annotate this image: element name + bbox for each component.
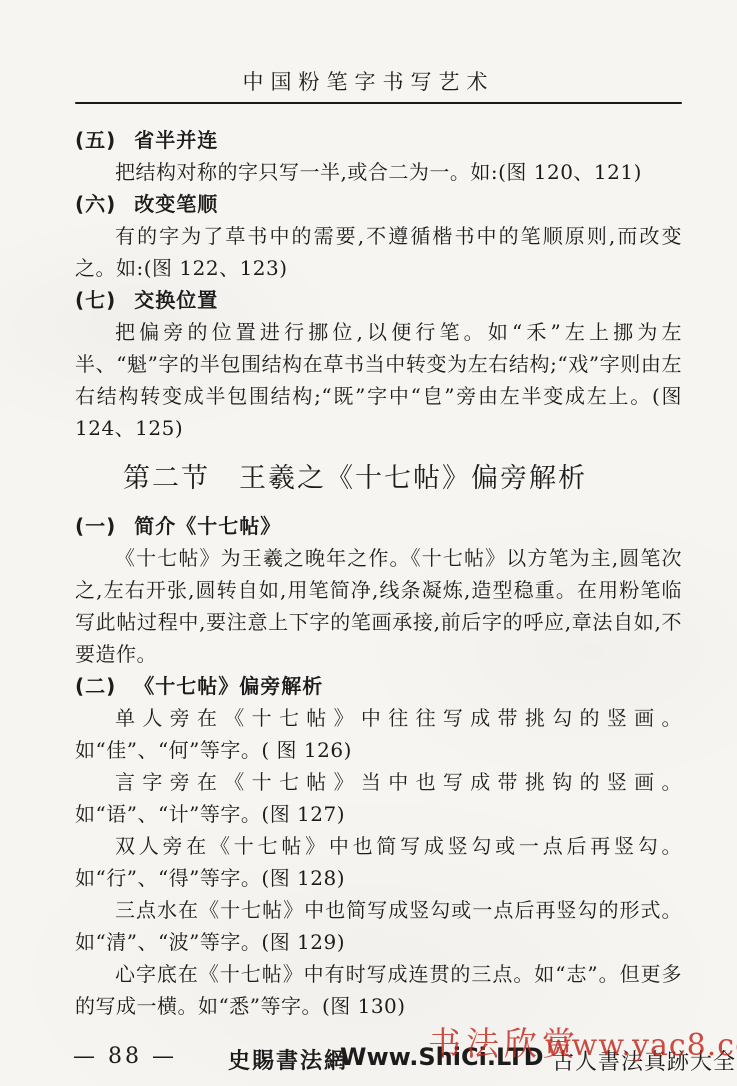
subheading-number: (七) bbox=[75, 288, 116, 312]
footer-site-url: Www.ShiCi.LTD bbox=[340, 1043, 544, 1071]
header-rule bbox=[75, 102, 682, 104]
page-content: (五)省半并连把结构对称的字只写一半,或合二为一。如:(图 120、121)(六… bbox=[75, 124, 682, 1022]
paragraph: 把结构对称的字只写一半,或合二为一。如:(图 120、121) bbox=[75, 156, 682, 188]
paragraph: 三点水在《十七帖》中也简写成竖勾或一点后再竖勾的形式。如“清”、“波”等字。(图… bbox=[75, 894, 682, 958]
subheading-number: (一) bbox=[75, 514, 116, 538]
page-number: — 88 — bbox=[73, 1044, 177, 1069]
section-title: 第二节 王羲之《十七帖》偏旁解析 bbox=[75, 459, 682, 499]
page-footer: — 88 — 史賜書法網 Www.ShiCi.LTD 古人書法真跡大全 bbox=[0, 1042, 737, 1082]
paragraph: 把偏旁的位置进行挪位,以便行笔。如“禾”左上挪为左半、“魁”字的半包围结构在草书… bbox=[75, 316, 682, 444]
subheading: (七)交换位置 bbox=[75, 284, 682, 316]
subheading-title: 省半并连 bbox=[134, 128, 218, 152]
subheading-title: 交换位置 bbox=[134, 288, 218, 312]
footer-tagline: 古人書法真跡大全 bbox=[552, 1045, 736, 1076]
subheading-number: (六) bbox=[75, 192, 116, 216]
subheading: (一)简介《十七帖》 bbox=[75, 510, 682, 542]
paragraph: 双人旁在《十七帖》中也简写成竖勾或一点后再竖勾。如“行”、“得”等字。(图 12… bbox=[75, 830, 682, 894]
subheading-title: 简介《十七帖》 bbox=[134, 514, 281, 538]
subheading: (二)《十七帖》偏旁解析 bbox=[75, 670, 682, 702]
subheading-title: 《十七帖》偏旁解析 bbox=[134, 674, 323, 698]
paragraph: 单人旁在《十七帖》中往往写成带挑勾的竖画。如“佳”、“何”等字。( 图 126) bbox=[75, 702, 682, 766]
paragraph: 言字旁在《十七帖》当中也写成带挑钩的竖画。如“语”、“计”等字。(图 127) bbox=[75, 766, 682, 830]
subheading-title: 改变笔顺 bbox=[134, 192, 218, 216]
paragraph: 《十七帖》为王羲之晚年之作。《十七帖》以方笔为主,圆笔次之,左右开张,圆转自如,… bbox=[75, 542, 682, 670]
paragraph: 心字底在《十七帖》中有时写成连贯的三点。如“志”。但更多的写成一横。如“悉”等字… bbox=[75, 958, 682, 1022]
subheading-number: (二) bbox=[75, 674, 116, 698]
subheading: (五)省半并连 bbox=[75, 124, 682, 156]
running-head-title: 中国粉笔字书写艺术 bbox=[0, 66, 737, 96]
book-page: 中国粉笔字书写艺术 (五)省半并连把结构对称的字只写一半,或合二为一。如:(图 … bbox=[0, 0, 737, 1086]
footer-site-name: 史賜書法網 bbox=[228, 1044, 348, 1075]
subheading: (六)改变笔顺 bbox=[75, 188, 682, 220]
subheading-number: (五) bbox=[75, 128, 116, 152]
paragraph: 有的字为了草书中的需要,不遵循楷书中的笔顺原则,而改变之。如:(图 122、12… bbox=[75, 220, 682, 284]
